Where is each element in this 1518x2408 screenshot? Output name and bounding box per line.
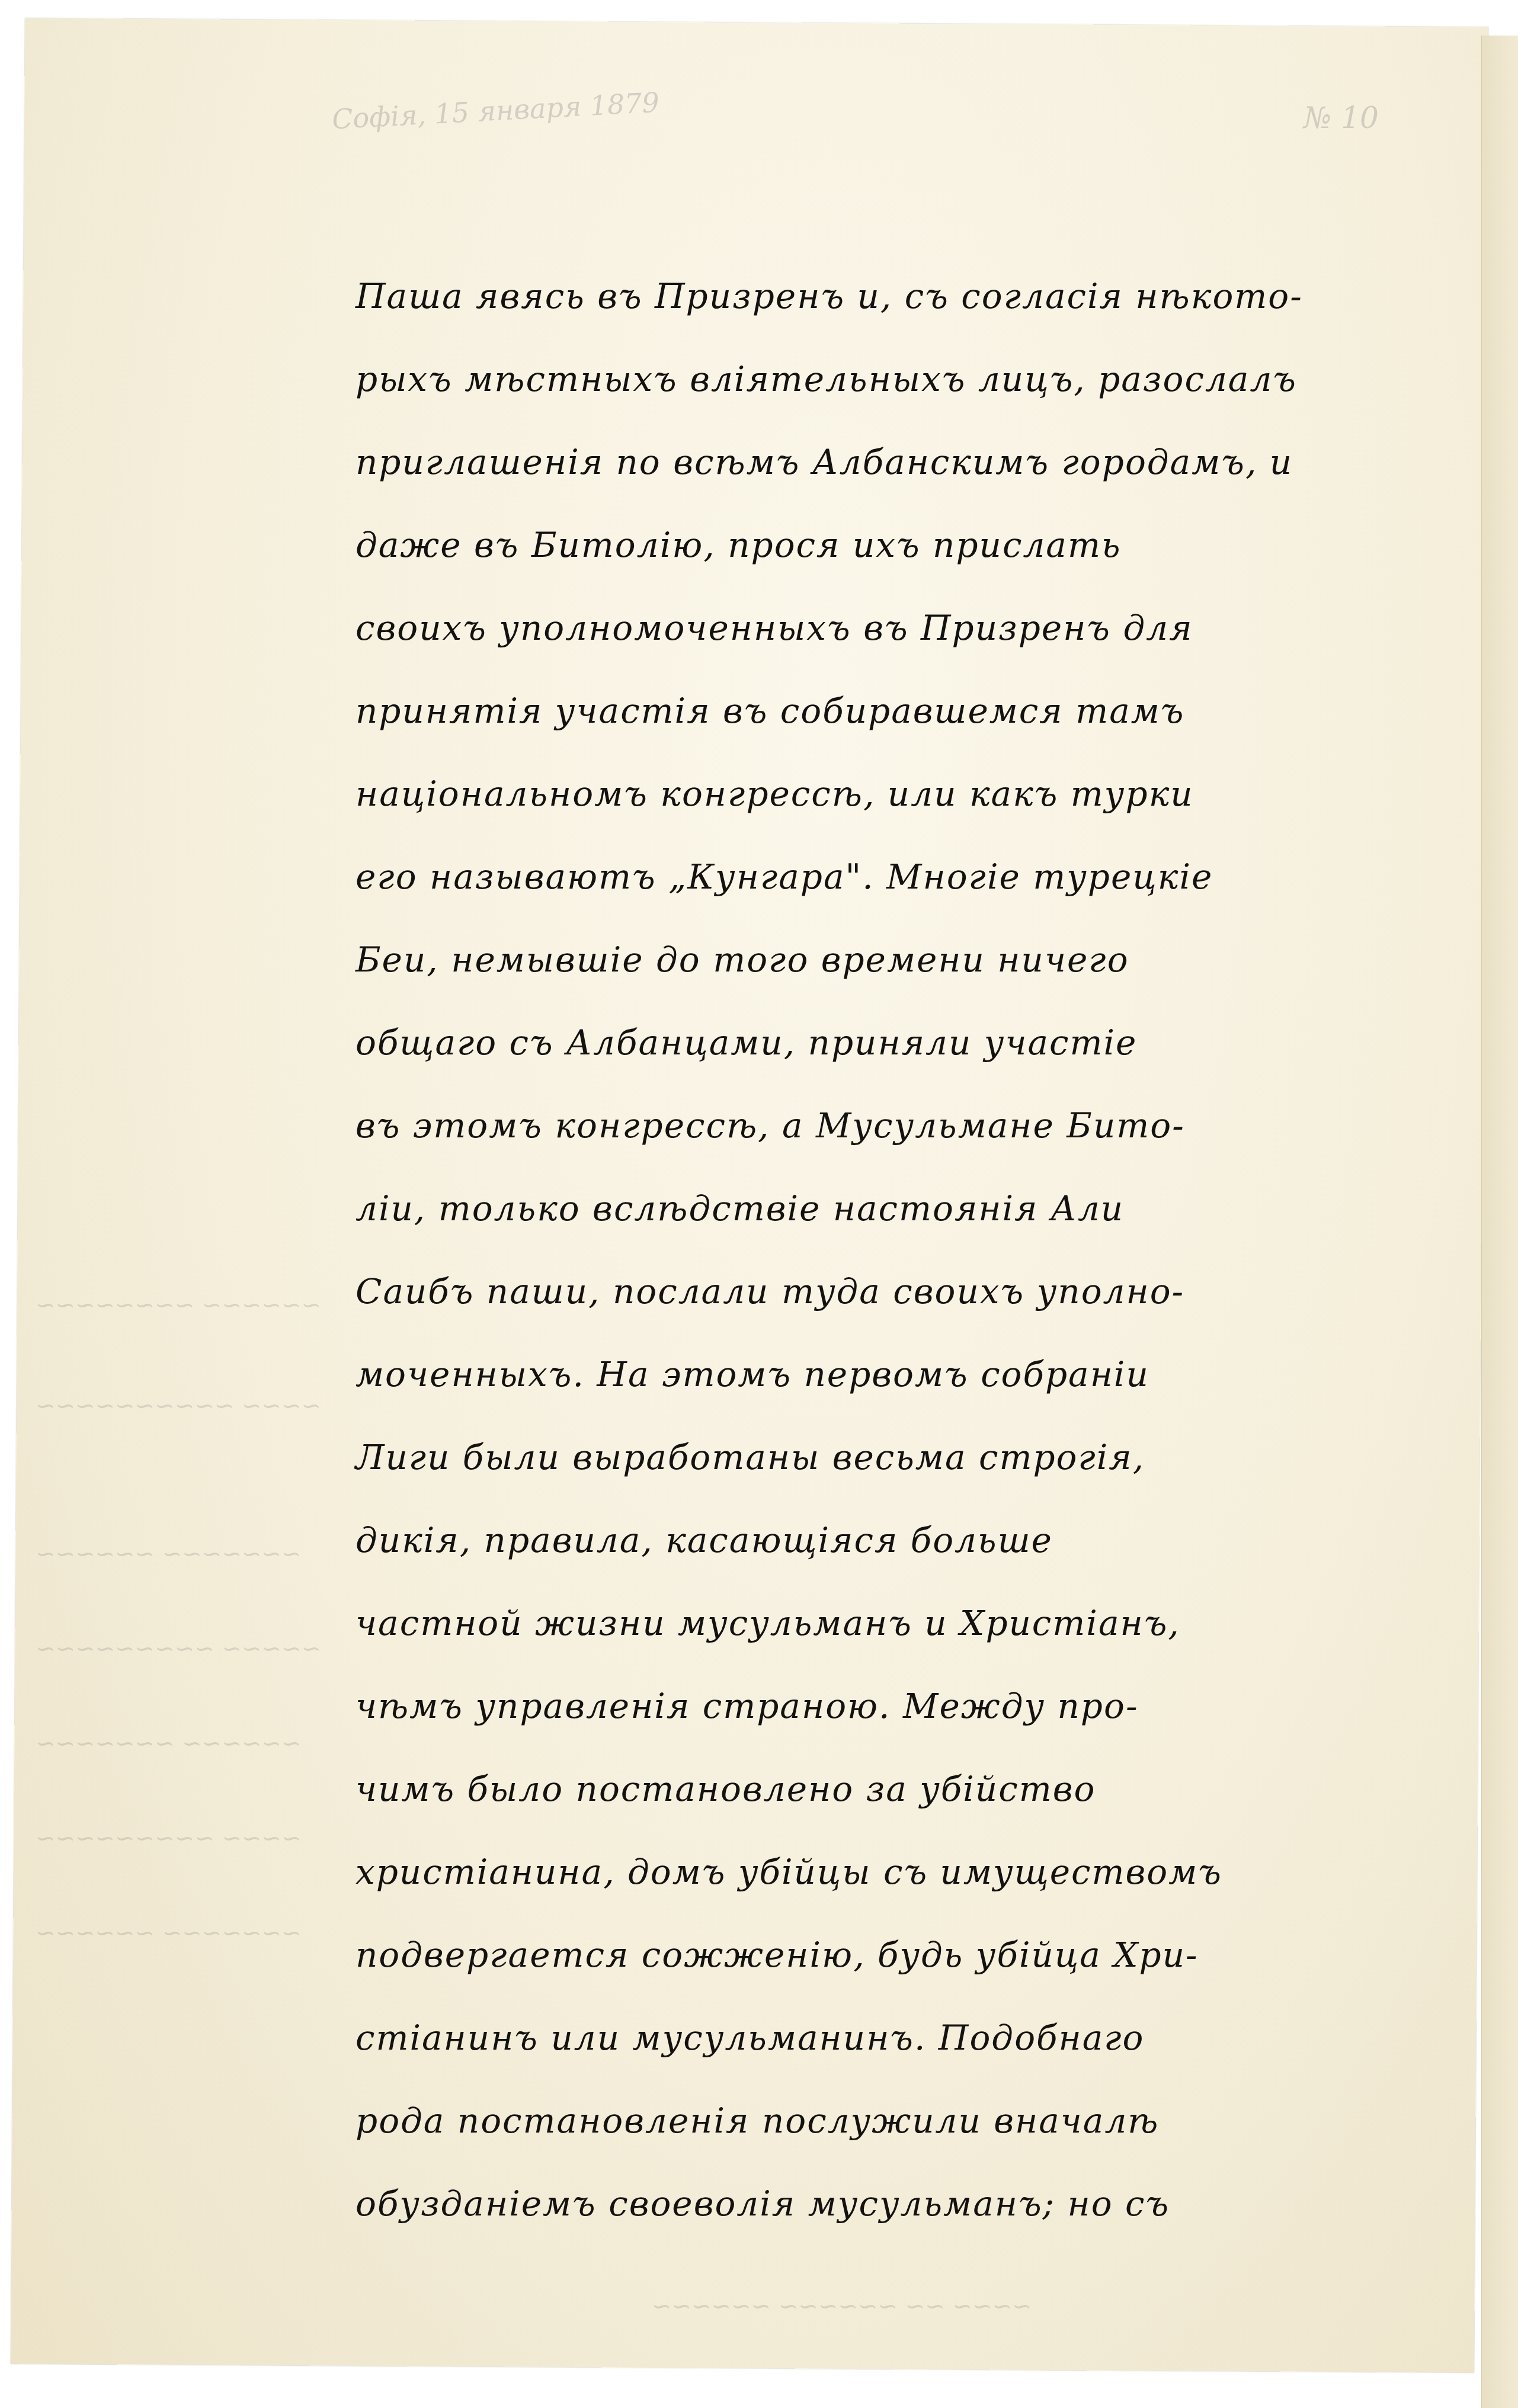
text-line: Беи, немывшіе до того времени ничего [356,918,1481,1001]
text-line: дикія, правила, касающіяся больше [356,1499,1481,1582]
text-line: Саибъ паши, послали туда своихъ уполно- [356,1250,1481,1333]
document-number: № 10 [1304,101,1379,135]
bleed-through-text: ~~~~ ~~~~~~~~~~ [36,1392,321,1419]
text-line: чимъ было постановлено за убійство [356,1748,1481,1830]
text-line: даже въ Битолію, прося ихъ прислать [356,504,1481,586]
bleed-through-text: ~~~~~~ ~~~~~~~ [36,1730,301,1757]
text-line: національномъ конгрессѣ, или какъ турки [356,752,1481,835]
bleed-through-text: ~~~~ ~~~~~~~~~ [36,1825,301,1852]
bleed-through-text: ~~~~~~~ ~~~~~~ [36,1540,301,1567]
page-fold-edge [1481,36,1518,2408]
bleed-through-text: ~~~~ ~~ ~~~~~~ ~~~~~~ [652,2292,1032,2320]
text-line: его называютъ „Кунгара". Многіе турецкіе [356,835,1481,918]
text-line: ліи, только вслѣдствіе настоянія Али [356,1167,1481,1250]
text-line: Лиги были выработаны весьма строгія, [356,1416,1481,1499]
text-line: рода постановленія послужили вначалѣ [356,2079,1481,2162]
text-line: приглашенія по всѣмъ Албанскимъ городамъ… [356,421,1481,504]
manuscript-body: Паша явясь въ Призренъ и, съ согласія нѣ… [356,255,1481,2245]
text-line: своихъ уполномоченныхъ въ Призренъ для [356,586,1481,669]
text-line: христіанина, домъ убійцы съ имуществомъ [356,1830,1481,1913]
text-line: чѣмъ управленія страною. Между про- [356,1665,1481,1748]
text-line: Паша явясь въ Призренъ и, съ согласія нѣ… [356,255,1481,338]
bleed-through-text: ~~~~~ ~~~~~~~~~ [36,1635,321,1662]
text-line: рыхъ мѣстныхъ вліятельныхъ лицъ, разосла… [356,338,1481,421]
text-line: принятія участія въ собиравшемся тамъ [356,669,1481,752]
bleed-through-text: ~~~~~~~ ~~~~~~ [36,1919,301,1947]
text-line: обузданіемъ своеволія мусульманъ; но съ [356,2162,1481,2245]
text-line: общаго съ Албанцами, приняли участіе [356,1001,1481,1084]
bleed-through-text: ~~~~~~ ~~~~~~~~ [36,1291,321,1319]
text-line: частной жизни мусульманъ и Христіанъ, [356,1582,1481,1665]
text-line: подвергается сожженію, будь убійца Хри- [356,1913,1481,1996]
text-line: въ этомъ конгрессѣ, а Мусульмане Бито- [356,1084,1481,1167]
text-line: моченныхъ. На этомъ первомъ собраніи [356,1333,1481,1416]
text-line: стіанинъ или мусульманинъ. Подобнаго [356,1996,1481,2079]
